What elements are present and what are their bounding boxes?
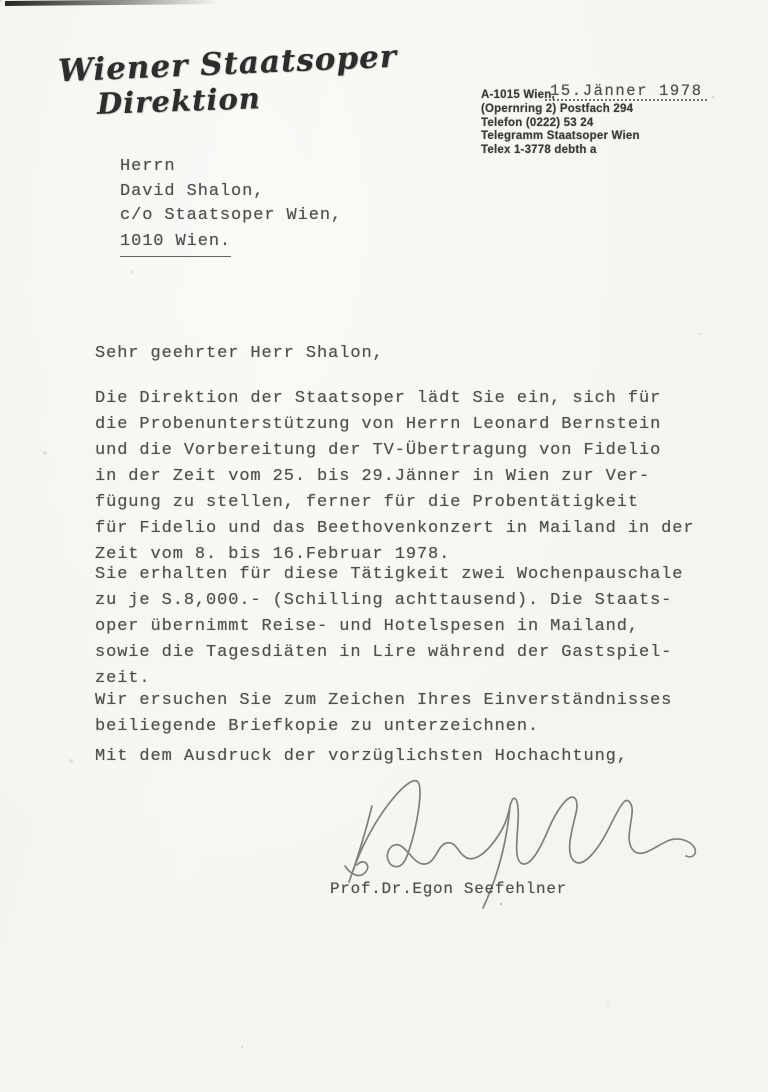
header-city-line: A-1015 Wien, <box>481 89 555 103</box>
letterhead-dept-name: Direktion <box>96 81 261 121</box>
typed-date: 15.Jänner 1978 <box>550 82 703 100</box>
header-address-block: A-1015 Wien, 15.Jänner 1978 (Opernring 2… <box>481 82 721 157</box>
recipient-address: Herrn David Shalon, c/o Staatsoper Wien, <box>120 155 342 229</box>
header-contact-lines: (Opernring 2) Postfach 294 Telefon (0222… <box>481 103 640 157</box>
recipient-city-underlined: 1010 Wien. <box>120 229 231 257</box>
body-paragraph-1: Die Direktion der Staatsoper lädt Sie ei… <box>95 386 695 568</box>
paper-specks <box>0 0 2 2</box>
body-paragraph-3: Wir ersuchen Sie zum Zeichen Ihres Einve… <box>95 688 672 740</box>
salutation: Sehr geehrter Herr Shalon, <box>95 341 384 367</box>
scan-edge-artifact <box>5 0 220 6</box>
typed-signer-name: Prof.Dr.Egon Seefehlner <box>330 876 567 902</box>
date-dotted-line <box>545 99 707 101</box>
body-paragraph-2: Sie erhalten für diese Tätigkeit zwei Wo… <box>95 562 683 692</box>
closing-line: Mit dem Ausdruck der vorzüglichsten Hoch… <box>95 744 628 770</box>
scanned-letter-page: Wiener Staatsoper Direktion A-1015 Wien,… <box>0 0 768 1092</box>
